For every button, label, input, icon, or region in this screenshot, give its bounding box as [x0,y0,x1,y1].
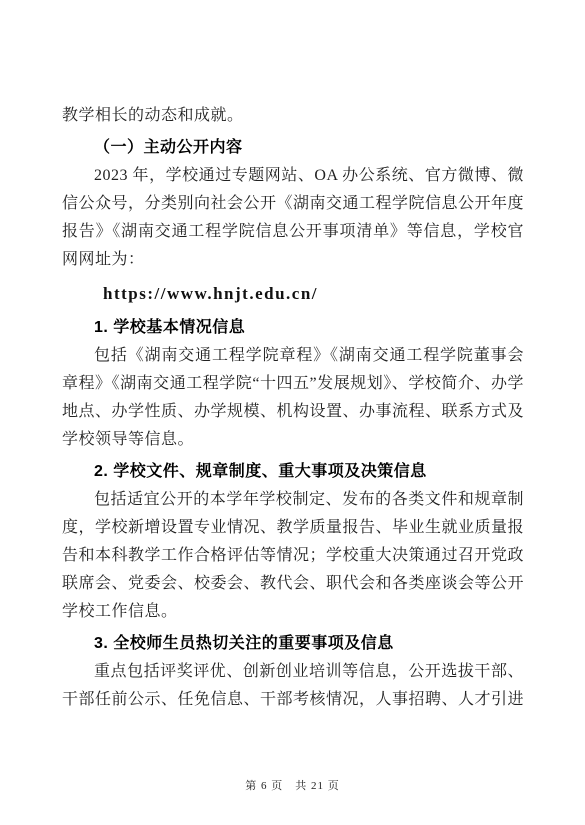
paragraph-continuation: 教学相长的动态和成就。 [62,102,524,130]
subsection-documents-decisions: 2. 学校文件、规章制度、重大事项及决策信息 包括适宜公开的本学年学校制定、发布… [62,458,524,626]
page-footer: 第 6 页 共 21 页 [0,777,585,793]
page-content: 教学相长的动态和成就。 （一）主动公开内容 2023 年，学校通过专题网站、OA… [62,102,524,714]
subsection-1-heading: 1. 学校基本情况信息 [62,314,524,342]
subsection-1-body: 包括《湖南交通工程学院章程》《湖南交通工程学院董事会章程》《湖南交通工程学院“十… [62,342,524,454]
school-website-url: https://www.hnjt.edu.cn/ [62,280,524,308]
page-number-indicator: 第 6 页 共 21 页 [245,780,340,792]
subsection-3-heading: 3. 全校师生员热切关注的重要事项及信息 [62,630,524,658]
subsection-important-matters: 3. 全校师生员热切关注的重要事项及信息 重点包括评奖评优、创新创业培训等信息，… [62,630,524,714]
paragraph-overview: 2023 年，学校通过专题网站、OA 办公系统、官方微博、微信公众号，分类别向社… [62,162,524,274]
subsection-2-heading: 2. 学校文件、规章制度、重大事项及决策信息 [62,458,524,486]
subsection-3-body: 重点包括评奖评优、创新创业培训等信息，公开选拔干部、干部任前公示、任免信息、干部… [62,658,524,714]
subsection-basic-info: 1. 学校基本情况信息 包括《湖南交通工程学院章程》《湖南交通工程学院董事会章程… [62,314,524,454]
subsection-2-body: 包括适宜公开的本学年学校制定、发布的各类文件和规章制度，学校新增设置专业情况、教… [62,486,524,626]
document-page: 教学相长的动态和成就。 （一）主动公开内容 2023 年，学校通过专题网站、OA… [0,0,585,825]
section-heading-active-disclosure: （一）主动公开内容 [62,134,524,162]
